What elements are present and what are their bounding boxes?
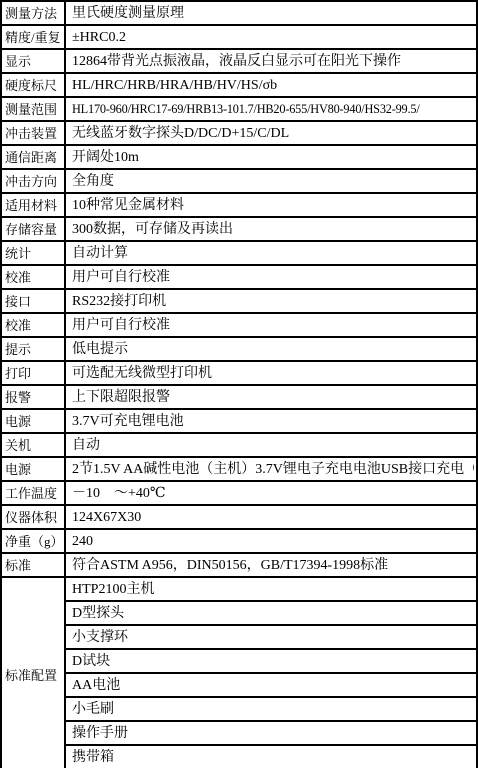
config-item: 携带箱 bbox=[66, 746, 476, 768]
row-value: 上下限超限报警 bbox=[66, 386, 476, 408]
row-value: 用户可自行校准 bbox=[66, 266, 476, 288]
config-item: D试块 bbox=[66, 650, 476, 674]
row-label: 存储容量 bbox=[2, 218, 66, 240]
row-label: 电源 bbox=[2, 458, 66, 480]
row-value: －10 ～+40℃ bbox=[66, 482, 476, 504]
row-value: 里氏硬度测量原理 bbox=[66, 2, 476, 24]
row-value: RS232接打印机 bbox=[66, 290, 476, 312]
row-value: 12864带背光点振液晶，液晶反白显示可在阳光下操作 bbox=[66, 50, 476, 72]
row-value: 用户可自行校准 bbox=[66, 314, 476, 336]
row-label: 关机 bbox=[2, 434, 66, 456]
config-items: HTP2100主机D型探头小支撑环D试块AA电池小毛刷操作手册携带箱 bbox=[66, 578, 476, 768]
row-value: 300数据，可存储及再读出 bbox=[66, 218, 476, 240]
config-item: D型探头 bbox=[66, 602, 476, 626]
table-row: 关机自动 bbox=[2, 434, 476, 458]
row-label: 统计 bbox=[2, 242, 66, 264]
row-value: 3.7V可充电锂电池 bbox=[66, 410, 476, 432]
row-label: 标准 bbox=[2, 554, 66, 576]
spec-table: 测量方法里氏硬度测量原理精度/重复精度±HRC0.2显示12864带背光点振液晶… bbox=[0, 0, 478, 768]
config-section: 标准配置 HTP2100主机D型探头小支撑环D试块AA电池小毛刷操作手册携带箱 bbox=[2, 578, 476, 768]
config-item: AA电池 bbox=[66, 674, 476, 698]
table-row: 测量范围HL170-960/HRC17-69/HRB13-101.7/HB20-… bbox=[2, 98, 476, 122]
row-value: 240 bbox=[66, 530, 476, 552]
row-label: 校准 bbox=[2, 314, 66, 336]
row-value: ±HRC0.2 bbox=[66, 26, 476, 48]
table-row: 标准符合ASTM A956，DIN50156，GB/T17394-1998标准 bbox=[2, 554, 476, 578]
row-value: HL/HRC/HRB/HRA/HB/HV/HS/σb bbox=[66, 74, 476, 96]
config-item: 小毛刷 bbox=[66, 698, 476, 722]
spec-rows: 测量方法里氏硬度测量原理精度/重复精度±HRC0.2显示12864带背光点振液晶… bbox=[2, 2, 476, 578]
table-row: 精度/重复精度±HRC0.2 bbox=[2, 26, 476, 50]
row-label: 硬度标尺 bbox=[2, 74, 66, 96]
row-value: 低电提示 bbox=[66, 338, 476, 360]
table-row: 显示12864带背光点振液晶，液晶反白显示可在阳光下操作 bbox=[2, 50, 476, 74]
table-row: 统计自动计算 bbox=[2, 242, 476, 266]
row-label: 校准 bbox=[2, 266, 66, 288]
config-item: 小支撑环 bbox=[66, 626, 476, 650]
row-label: 电源 bbox=[2, 410, 66, 432]
row-value: 自动 bbox=[66, 434, 476, 456]
row-label: 打印 bbox=[2, 362, 66, 384]
table-row: 冲击方向全角度 bbox=[2, 170, 476, 194]
table-row: 仪器体积（mm）124X67X30 bbox=[2, 506, 476, 530]
row-label: 适用材料 bbox=[2, 194, 66, 216]
table-row: 测量方法里氏硬度测量原理 bbox=[2, 2, 476, 26]
table-row: 接口RS232接打印机 bbox=[2, 290, 476, 314]
row-label: 净重（g） bbox=[2, 530, 66, 552]
table-row: 适用材料10种常见金属材料 bbox=[2, 194, 476, 218]
table-row: 校准用户可自行校准 bbox=[2, 266, 476, 290]
table-row: 工作温度－10 ～+40℃ bbox=[2, 482, 476, 506]
row-value: 无线蓝牙数字探头D/DC/D+15/C/DL bbox=[66, 122, 476, 144]
config-label: 标准配置 bbox=[2, 578, 66, 768]
table-row: 电源2节1.5V AA碱性电池（主机）3.7V锂电子充电电池USB接口充电（无线… bbox=[2, 458, 476, 482]
table-row: 电源3.7V可充电锂电池 bbox=[2, 410, 476, 434]
row-label: 测量方法 bbox=[2, 2, 66, 24]
row-label: 仪器体积（mm） bbox=[2, 506, 66, 528]
row-value: 2节1.5V AA碱性电池（主机）3.7V锂电子充电电池USB接口充电（无线探头… bbox=[66, 458, 476, 480]
table-row: 净重（g）240 bbox=[2, 530, 476, 554]
row-label: 提示 bbox=[2, 338, 66, 360]
row-value: 10种常见金属材料 bbox=[66, 194, 476, 216]
row-value: 符合ASTM A956，DIN50156，GB/T17394-1998标准 bbox=[66, 554, 476, 576]
table-row: 存储容量300数据，可存储及再读出 bbox=[2, 218, 476, 242]
row-label: 显示 bbox=[2, 50, 66, 72]
row-label: 冲击装置 bbox=[2, 122, 66, 144]
config-item: 操作手册 bbox=[66, 722, 476, 746]
row-value: HL170-960/HRC17-69/HRB13-101.7/HB20-655/… bbox=[66, 98, 476, 120]
table-row: 提示低电提示 bbox=[2, 338, 476, 362]
row-value: 可选配无线微型打印机 bbox=[66, 362, 476, 384]
table-row: 打印可选配无线微型打印机 bbox=[2, 362, 476, 386]
row-value: 自动计算 bbox=[66, 242, 476, 264]
row-value: 124X67X30 bbox=[66, 506, 476, 528]
row-value: 全角度 bbox=[66, 170, 476, 192]
table-row: 冲击装置无线蓝牙数字探头D/DC/D+15/C/DL bbox=[2, 122, 476, 146]
table-row: 校准用户可自行校准 bbox=[2, 314, 476, 338]
row-label: 精度/重复精度 bbox=[2, 26, 66, 48]
config-label-text: 标准配置 bbox=[5, 665, 57, 684]
row-label: 通信距离 bbox=[2, 146, 66, 168]
row-label: 测量范围 bbox=[2, 98, 66, 120]
table-row: 报警上下限超限报警 bbox=[2, 386, 476, 410]
row-value: 开阔处10m bbox=[66, 146, 476, 168]
row-label: 工作温度 bbox=[2, 482, 66, 504]
row-label: 报警 bbox=[2, 386, 66, 408]
row-label: 接口 bbox=[2, 290, 66, 312]
table-row: 硬度标尺HL/HRC/HRB/HRA/HB/HV/HS/σb bbox=[2, 74, 476, 98]
row-label: 冲击方向 bbox=[2, 170, 66, 192]
table-row: 通信距离开阔处10m bbox=[2, 146, 476, 170]
config-item: HTP2100主机 bbox=[66, 578, 476, 602]
